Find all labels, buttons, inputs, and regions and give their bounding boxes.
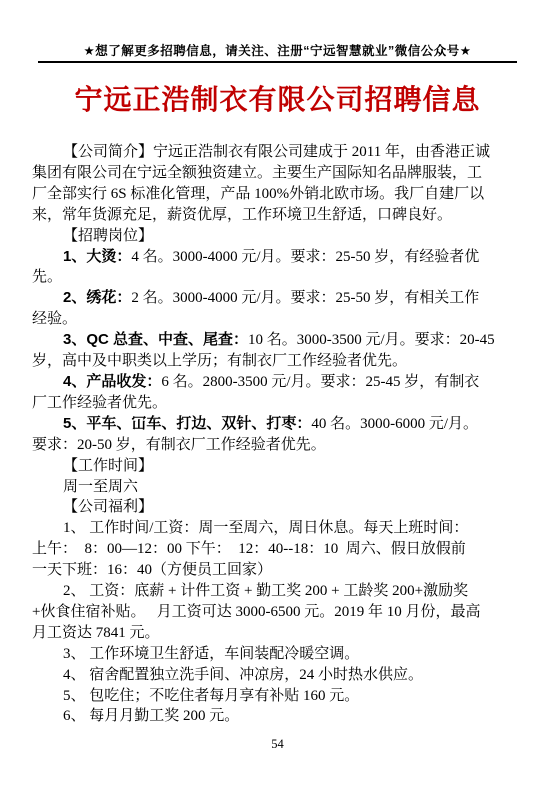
position-label: 4、产品收发： [63, 373, 161, 390]
intro-line: 来，常年货源充足，薪资优厚，工作环境卫生舒适，口碑良好。 [32, 205, 524, 226]
intro-text: 宁远正浩制衣有限公司建成于 2011 年，由香港正诚 [153, 144, 490, 160]
position-item: 1、大烫：4 名。3000-4000 元/月。要求：25-50 岁，有经验者优 [32, 247, 524, 268]
benefit-item: 5、 包吃住；不吃住者每月享有补贴 160 元。 [32, 686, 524, 707]
position-detail: 10 名。3000-3500 元/月。要求：20-45 [248, 332, 495, 348]
benefit-item: 6、 每月月勤工奖 200 元。 [32, 706, 524, 727]
document-body: 【公司简介】宁远正浩制衣有限公司建成于 2011 年，由香港正诚 集团有限公司在… [32, 142, 524, 727]
position-detail: 40 名。3000-6000 元/月。 [311, 416, 478, 432]
work-time-heading: 【工作时间】 [32, 456, 524, 477]
intro-line: 厂全部实行 6S 标准化管理，产品 100%外销北欧市场。我厂自建厂以 [32, 184, 524, 205]
header-banner-text: ★想了解更多招聘信息，请关注、注册“宁远智慧就业”微信公众号★ [84, 44, 472, 58]
document-page: ★想了解更多招聘信息，请关注、注册“宁远智慧就业”微信公众号★ 宁远正浩制衣有限… [0, 0, 555, 790]
work-time-value: 周一至周六 [32, 477, 524, 498]
position-item: 4、产品收发：6 名。2800-3500 元/月。要求：25-45 岁，有制衣 [32, 372, 524, 393]
page-number: 54 [0, 737, 555, 752]
intro-heading: 【公司简介】 [63, 144, 153, 160]
position-detail: 4 名。3000-4000 元/月。要求：25-50 岁，有经验者优 [131, 249, 479, 265]
benefit-item-cont: 上午： 8：00—12：00 下午： 12：40--18：10 周六、假日放假前 [32, 539, 524, 560]
position-label: 2、绣花： [63, 289, 131, 306]
position-detail: 6 名。2800-3500 元/月。要求：25-45 岁，有制衣 [161, 374, 479, 390]
benefit-item-cont: +伙食住宿补贴。 月工资可达 3000-6500 元。2019 年 10 月份，… [32, 602, 524, 623]
positions-heading: 【招聘岗位】 [32, 226, 524, 247]
position-item: 3、QC 总查、中查、尾查：10 名。3000-3500 元/月。要求：20-4… [32, 330, 524, 351]
intro-line: 【公司简介】宁远正浩制衣有限公司建成于 2011 年，由香港正诚 [32, 142, 524, 163]
benefit-item-cont: 一天下班：16：40（方便员工回家） [32, 560, 524, 581]
position-item-cont: 先。 [32, 267, 524, 288]
position-item: 5、平车、冚车、打边、双针、打枣：40 名。3000-6000 元/月。 [32, 414, 524, 435]
position-label: 1、大烫： [63, 248, 131, 265]
position-detail: 2 名。3000-4000 元/月。要求：25-50 岁，有相关工作 [131, 290, 479, 306]
intro-line: 集团有限公司在宁远全额独资建立。主要生产国际知名品牌服装，工 [32, 163, 524, 184]
page-title: 宁远正浩制衣有限公司招聘信息 [16, 82, 539, 118]
header-rule [38, 61, 517, 63]
position-item-cont: 厂工作经验者优先。 [32, 393, 524, 414]
position-item-cont: 要求：20-50 岁，有制衣厂工作经验者优先。 [32, 435, 524, 456]
position-item: 2、绣花：2 名。3000-4000 元/月。要求：25-50 岁，有相关工作 [32, 288, 524, 309]
benefit-item: 2、 工资：底薪 + 计件工资 + 勤工奖 200 + 工龄奖 200+激励奖 [32, 581, 524, 602]
position-label: 3、QC 总查、中查、尾查： [63, 331, 248, 348]
benefits-heading: 【公司福利】 [32, 497, 524, 518]
position-item-cont: 经验。 [32, 309, 524, 330]
position-item-cont: 岁，高中及中职类以上学历；有制衣厂工作经验者优先。 [32, 351, 524, 372]
benefit-item: 3、 工作环境卫生舒适，车间装配冷暖空调。 [32, 644, 524, 665]
benefit-item: 1、 工作时间/工资：周一至周六，周日休息。每天上班时间： [32, 518, 524, 539]
position-label: 5、平车、冚车、打边、双针、打枣： [63, 415, 311, 432]
header-banner: ★想了解更多招聘信息，请关注、注册“宁远智慧就业”微信公众号★ [32, 44, 523, 59]
benefit-item: 4、 宿舍配置独立洗手间、冲凉房，24 小时热水供应。 [32, 665, 524, 686]
benefit-item-cont: 月工资达 7841 元。 [32, 623, 524, 644]
